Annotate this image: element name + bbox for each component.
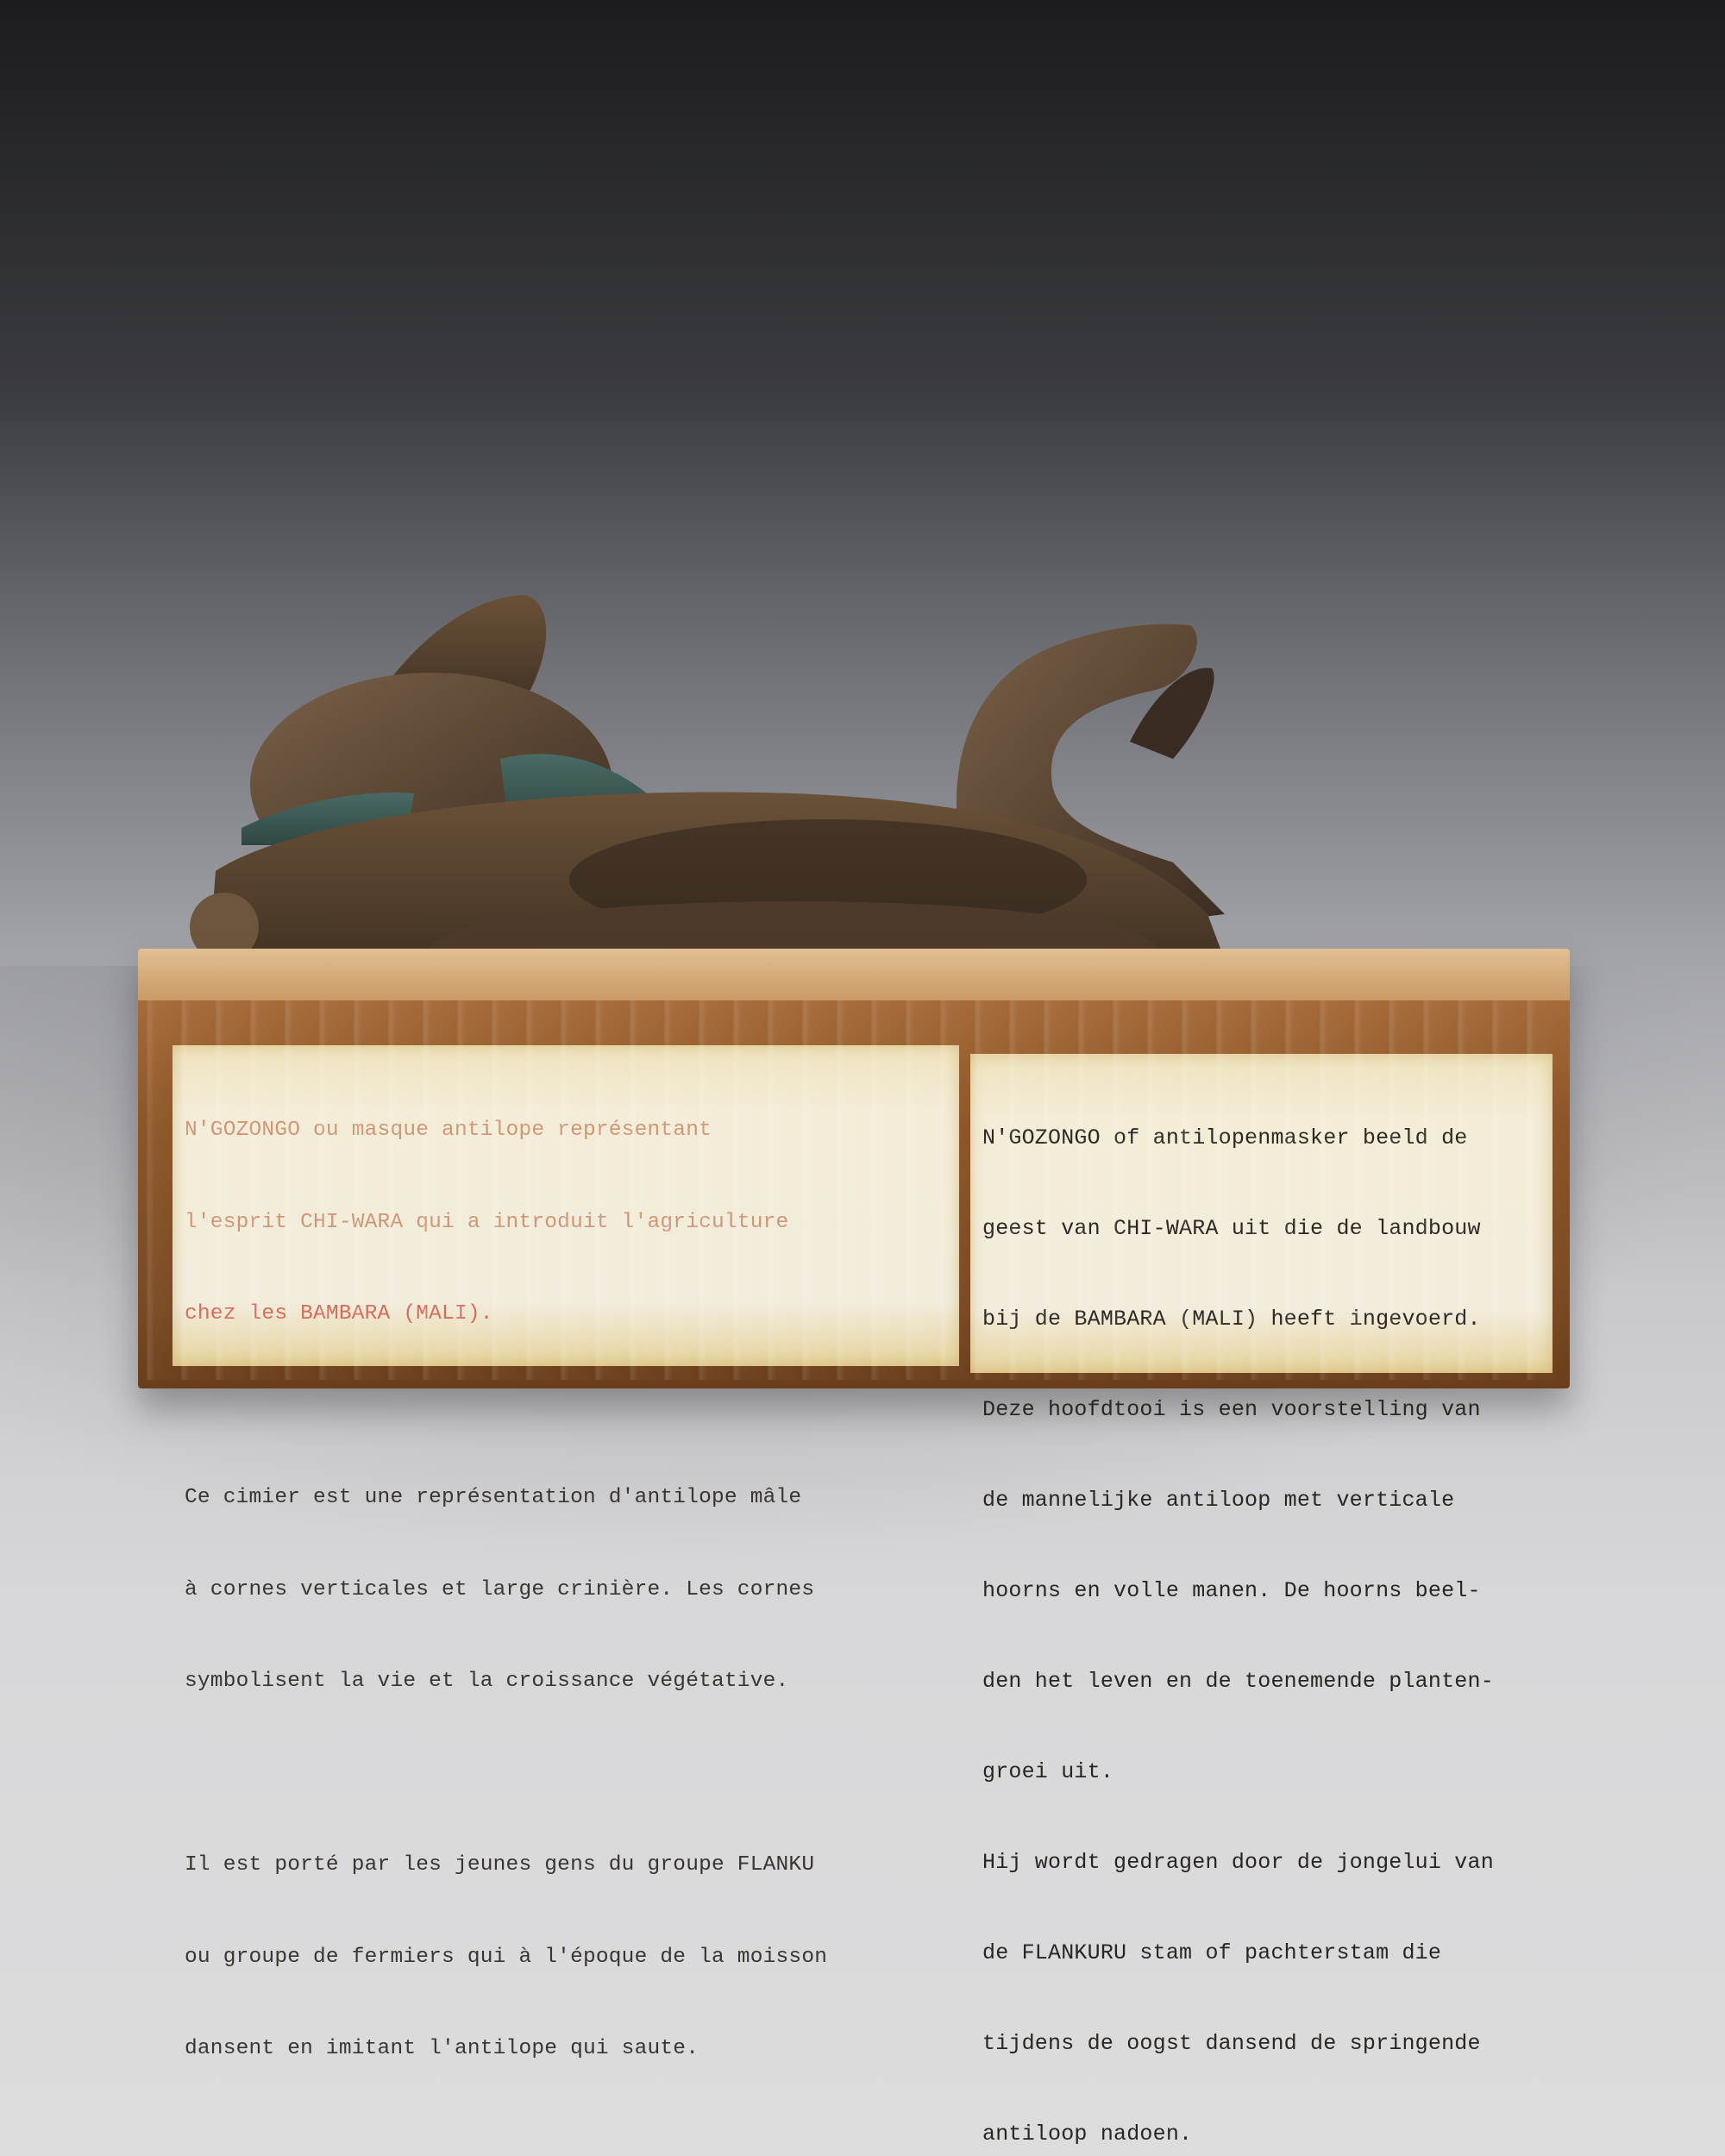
label-dutch-line: geest van CHI-WARA uit die de landbouw xyxy=(982,1213,1540,1244)
label-dutch-line: den het leven en de toenemende planten- xyxy=(982,1666,1540,1696)
label-french-line: symbolisent la vie et la croissance végé… xyxy=(185,1666,947,1697)
label-french-line xyxy=(185,1391,947,1422)
label-french-line: chez les BAMBARA (MALI). xyxy=(185,1299,947,1330)
antelope-sculpture xyxy=(190,586,1483,983)
label-dutch: N'GOZONGO of antilopenmasker beeld de ge… xyxy=(970,1054,1552,1373)
label-french-line: Il est porté par les jeunes gens du grou… xyxy=(185,1850,947,1881)
label-dutch-line: de mannelijke antiloop met verticale xyxy=(982,1485,1540,1515)
label-dutch-line: hoorns en volle manen. De hoorns beel- xyxy=(982,1576,1540,1606)
wooden-base-top xyxy=(138,949,1570,1000)
label-dutch-line: bij de BAMBARA (MALI) heeft ingevoerd. xyxy=(982,1304,1540,1334)
label-dutch-line: Hij wordt gedragen door de jongelui van xyxy=(982,1847,1540,1877)
label-french-line: N'GOZONGO ou masque antilope représentan… xyxy=(185,1115,947,1146)
label-dutch-line: groei uit. xyxy=(982,1757,1540,1787)
label-french-line: l'esprit CHI-WARA qui a introduit l'agri… xyxy=(185,1207,947,1238)
label-french-line: Ce cimier est une représentation d'antil… xyxy=(185,1482,947,1514)
label-dutch-line: tijdens de oogst dansend de springende xyxy=(982,2028,1540,2059)
label-dutch-line: antiloop nadoen. xyxy=(982,2119,1540,2149)
label-french-line: à cornes verticales et large crinière. L… xyxy=(185,1575,947,1606)
label-dutch-line: Deze hoofdtooi is een voorstelling van xyxy=(982,1395,1540,1425)
label-french-line xyxy=(185,1758,947,1789)
label-dutch-line: N'GOZONGO of antilopenmasker beeld de xyxy=(982,1123,1540,1153)
label-french: N'GOZONGO ou masque antilope représentan… xyxy=(172,1045,959,1366)
label-french-line: dansent en imitant l'antilope qui saute. xyxy=(185,2034,947,2065)
label-french-line: ou groupe de fermiers qui à l'époque de … xyxy=(185,1942,947,1973)
label-dutch-line: de FLANKURU stam of pachterstam die xyxy=(982,1938,1540,1968)
